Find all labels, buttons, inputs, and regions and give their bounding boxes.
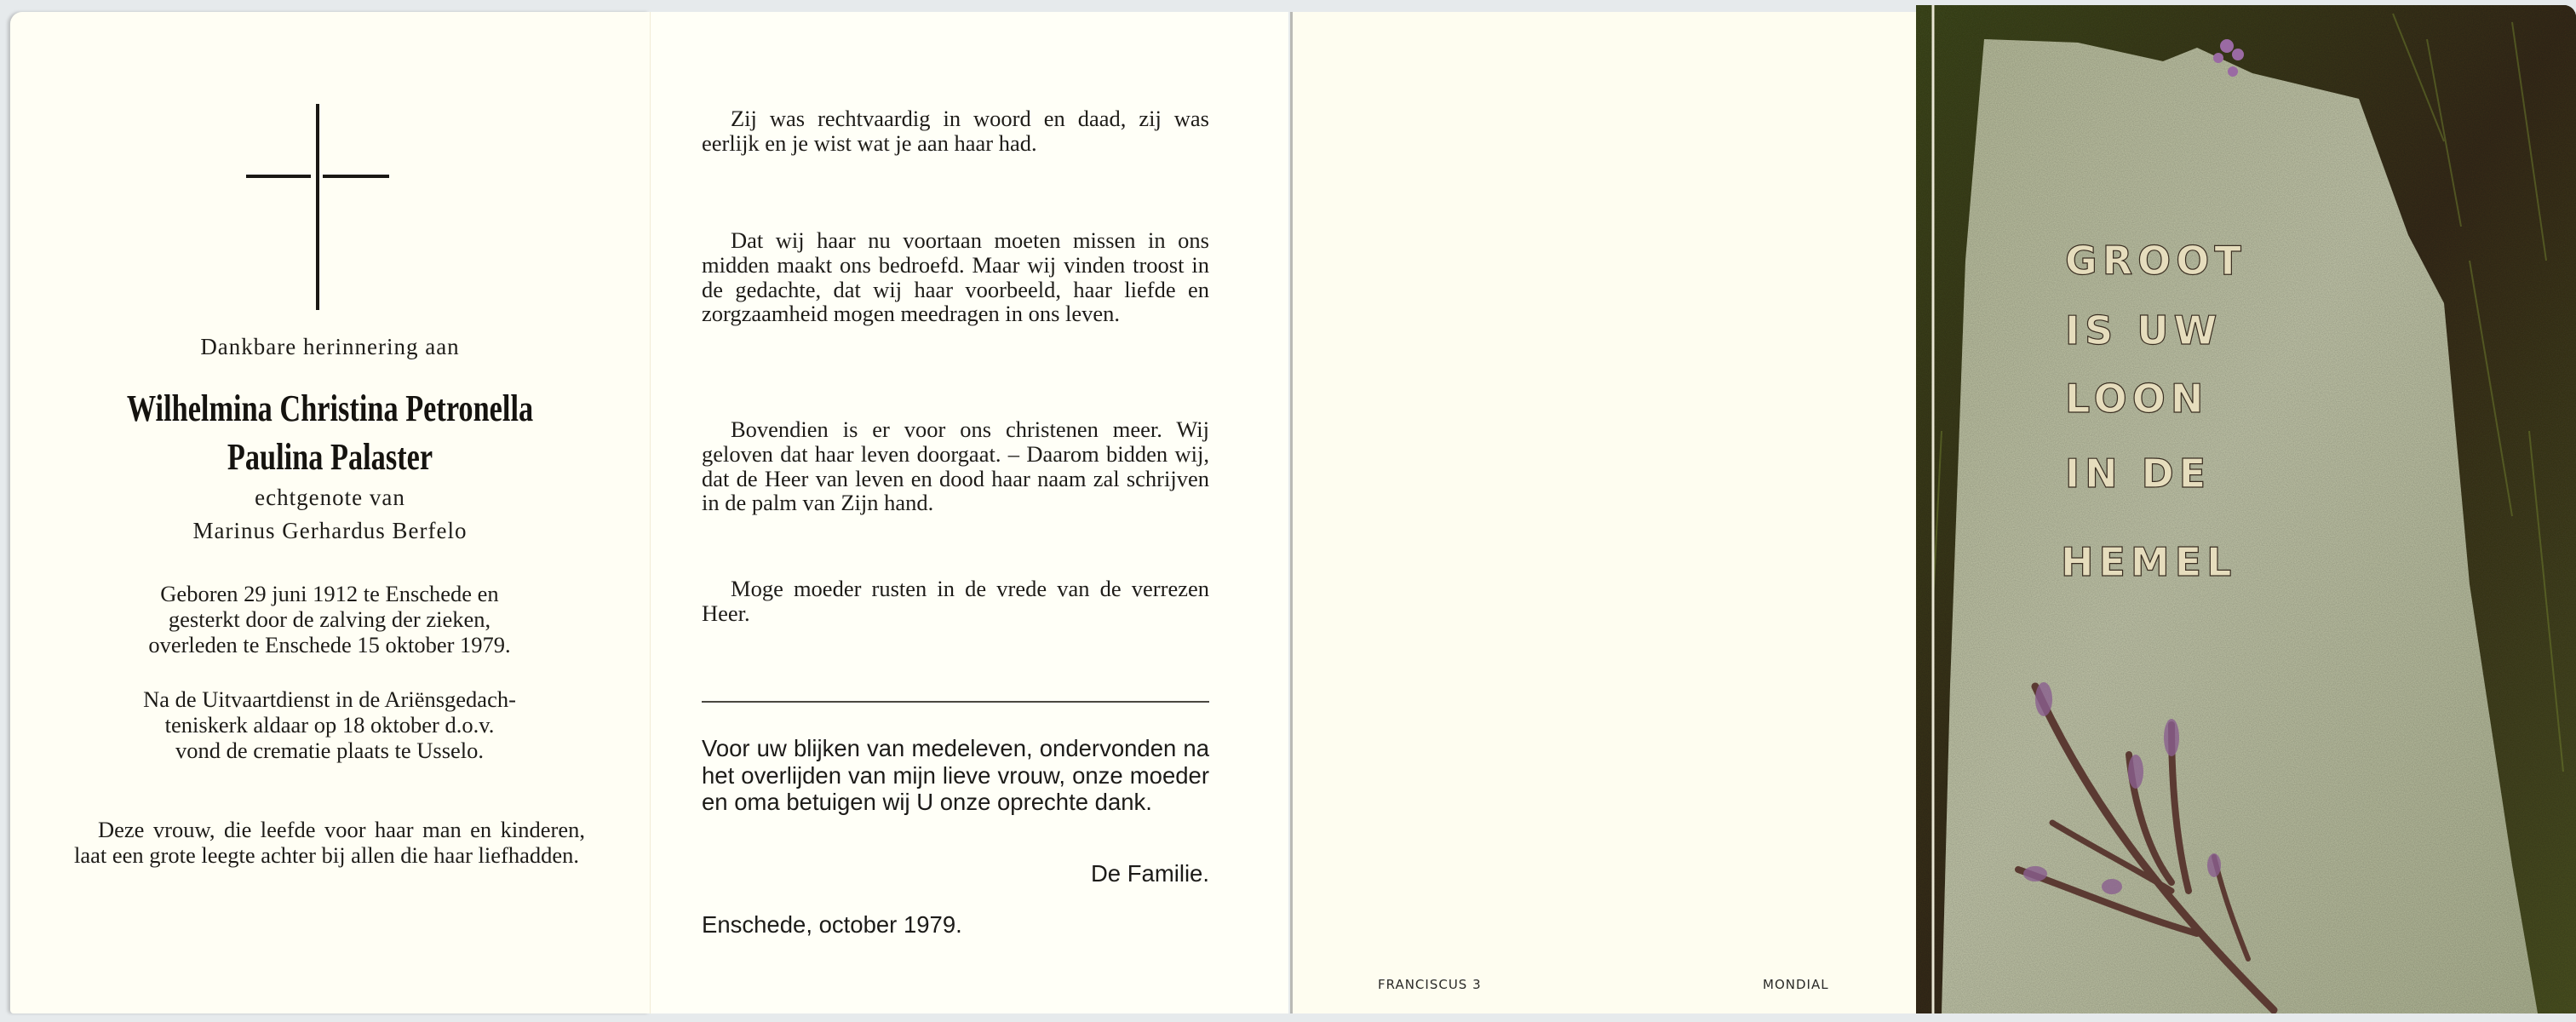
spouse-label: echtgenote van [10,485,650,511]
signature: De Familie. [702,860,1209,887]
divider [702,701,1209,703]
printer-code: FRANCISCUS 3 [1378,977,1482,992]
thanks-text: Voor uw blijken van medeleven, ondervond… [702,735,1209,816]
memory-text: Deze vrouw, die leefde voor haar man en … [74,817,585,868]
inscription-line-4: IN DE [2065,451,2211,497]
deceased-name-line1: Wilhelmina Christina Petronella [81,387,580,430]
inscription-line-1: GROOT [2065,238,2246,284]
memorial-photo: GROOT IS UW LOON IN DE HEMEL [1916,5,2576,1013]
stone-photo-image: GROOT IS UW LOON IN DE HEMEL [1916,5,2576,1013]
card-panel-front: Dankbare herinnering aan Wilhelmina Chri… [10,12,650,1013]
card-panel-inside: Zij was rechtvaardig in woord en daad, z… [650,12,1288,1013]
printer-name: MONDIAL [1763,977,1829,992]
deceased-name-line2: Paulina Palaster [81,435,580,479]
birth-line-2: gesterkt door de zalving der zieken, [74,606,585,632]
inscription-line-5: HEMEL [2061,539,2236,585]
place-date: Enschede, october 1979. [702,911,962,939]
birth-death-text: Geboren 29 juni 1912 te Enschede en gest… [74,581,585,657]
paragraph-faith: Bovendien is er voor ons christenen meer… [702,417,1209,515]
cross-icon-arm-right [323,175,389,178]
paragraph-missing: Dat wij haar nu voortaan moeten missen i… [702,228,1209,326]
intro-text: Dankbare herinnering aan [10,334,650,360]
inscription-line-3: LOON [2065,376,2208,422]
funeral-line-1: Na de Uitvaartdienst in de Ariënsgedach- [74,686,585,712]
birth-line-1: Geboren 29 juni 1912 te Enschede en [74,581,585,606]
cross-icon-arm-left [246,175,311,178]
card-panel-back: FRANCISCUS 3 MONDIAL [1290,12,1919,1013]
paragraph-rest: Moge moeder rusten in de vrede van de ve… [702,577,1209,626]
inscription-line-2: IS UW [2065,307,2222,353]
cross-icon [316,104,319,310]
birth-line-3: overleden te Enschede 15 oktober 1979. [74,632,585,657]
paragraph-righteous: Zij was rechtvaardig in woord en daad, z… [702,106,1209,156]
funeral-line-3: vond de crematie plaats te Usselo. [74,738,585,763]
funeral-text: Na de Uitvaartdienst in de Ariënsgedach-… [74,686,585,763]
funeral-line-2: teniskerk aldaar op 18 oktober d.o.v. [74,712,585,738]
spouse-name: Marinus Gerhardus Berfelo [10,518,650,544]
